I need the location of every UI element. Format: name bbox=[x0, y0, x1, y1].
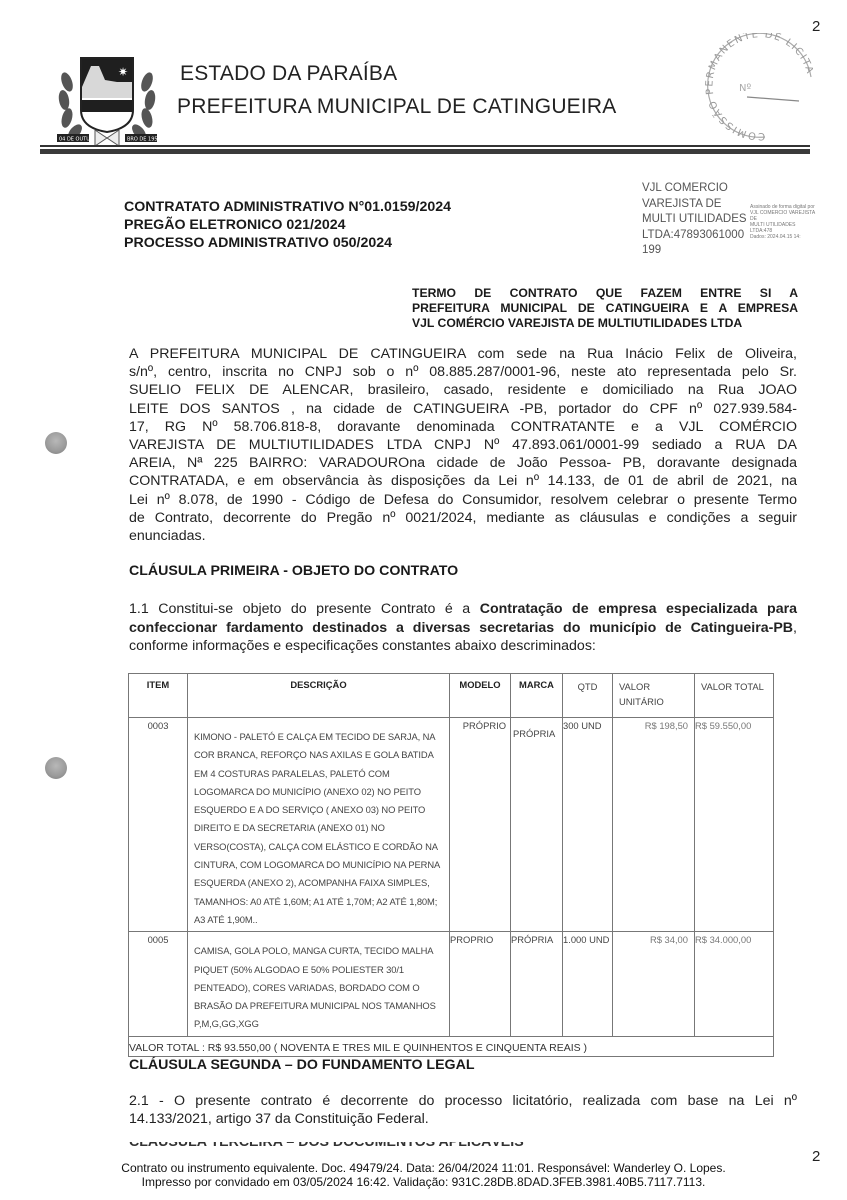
contract-number: CONTRATATO ADMINISTRATIVO N°01.0159/2024 bbox=[124, 198, 451, 216]
pregao-number: PREGÃO ELETRONICO 021/2024 bbox=[124, 216, 451, 234]
header-marca: MARCA bbox=[511, 674, 563, 718]
table-total-row: VALOR TOTAL : R$ 93.550,00 ( NOVENTA E T… bbox=[129, 1036, 774, 1056]
cell-marca: PRÓPRIA bbox=[511, 718, 563, 932]
cell-qtd: 1.000 UND bbox=[563, 932, 613, 1036]
preamble-paragraph: A PREFEITURA MUNICIPAL DE CATINGUEIRA co… bbox=[129, 345, 797, 545]
header-divider-thin bbox=[40, 145, 810, 147]
clause-2-title: CLÁUSULA SEGUNDA – DO FUNDAMENTO LEGAL bbox=[129, 1057, 475, 1073]
digital-signature-meta: Assinado de forma digital por VJL COMERC… bbox=[750, 204, 815, 240]
municipal-crest-logo: ✷ 04 DE OUTU BRO DE 1958 bbox=[55, 52, 159, 148]
header-modelo: MODELO bbox=[450, 674, 511, 718]
letterhead-prefecture: PREFEITURA MUNICIPAL DE CATINGUEIRA bbox=[177, 95, 617, 119]
table-row: 0003 KIMONO - PALETÓ E CALÇA EM TECIDO D… bbox=[129, 718, 774, 932]
header-valor-total: VALOR TOTAL bbox=[695, 674, 774, 718]
svg-text:✷: ✷ bbox=[118, 65, 128, 79]
clause-2-paragraph: 2.1 - O presente contrato é decorrente d… bbox=[129, 1092, 797, 1128]
digital-signature-name: VJL COMERCIO VAREJISTA DE MULTI UTILIDAD… bbox=[642, 181, 752, 259]
cell-marca: PRÓPRIA bbox=[511, 932, 563, 1036]
cell-descricao: KIMONO - PALETÓ E CALÇA EM TECIDO DE SAR… bbox=[188, 718, 450, 932]
cell-modelo: PRÓPRIO bbox=[450, 718, 511, 932]
cell-descricao: CAMISA, GOLA POLO, MANGA CURTA, TECIDO M… bbox=[188, 932, 450, 1036]
cell-qtd: 300 UND bbox=[563, 718, 613, 932]
letterhead-state: ESTADO DA PARAÍBA bbox=[180, 62, 397, 86]
contract-header: CONTRATATO ADMINISTRATIVO N°01.0159/2024… bbox=[124, 198, 451, 252]
cell-item: 0005 bbox=[129, 932, 188, 1036]
header-valor-unitario: VALOR UNITÁRIO bbox=[613, 674, 695, 718]
punch-hole-bottom bbox=[45, 757, 67, 779]
page-number-top: 2 bbox=[812, 18, 820, 35]
svg-text:BRO DE 1958: BRO DE 1958 bbox=[127, 137, 159, 143]
header-item: ITEM bbox=[129, 674, 188, 718]
cell-valor-unitario: R$ 34,00 bbox=[613, 932, 695, 1036]
clause-1-paragraph: 1.1 Constitui-se objeto do presente Cont… bbox=[129, 600, 797, 656]
cell-valor-unitario: R$ 198,50 bbox=[613, 718, 695, 932]
cell-valor-total-geral: VALOR TOTAL : R$ 93.550,00 ( NOVENTA E T… bbox=[129, 1036, 774, 1056]
table-row: 0005 CAMISA, GOLA POLO, MANGA CURTA, TEC… bbox=[129, 932, 774, 1036]
footer-validation-info: Impresso por convidado em 03/05/2024 16:… bbox=[0, 1175, 847, 1189]
items-table: ITEM DESCRIÇÃO MODELO MARCA QTD VALOR UN… bbox=[128, 673, 774, 1057]
clause-3-title-cutoff: CLÁUSULA TERCEIRA – DOS DOCUMENTOS APLIC… bbox=[129, 1142, 569, 1150]
header-divider-thick bbox=[40, 149, 810, 154]
footer-document-info: Contrato ou instrumento equivalente. Doc… bbox=[0, 1161, 847, 1175]
cell-modelo: PROPRIO bbox=[450, 932, 511, 1036]
table-header-row: ITEM DESCRIÇÃO MODELO MARCA QTD VALOR UN… bbox=[129, 674, 774, 718]
commission-stamp: COMISSÃO PERMANENTE DE LICITAÇÃO Nº bbox=[695, 33, 813, 143]
punch-hole-top bbox=[45, 432, 67, 454]
svg-text:04 DE OUTU: 04 DE OUTU bbox=[59, 137, 90, 143]
cell-valor-total: R$ 34.000,00 bbox=[695, 932, 774, 1036]
cell-valor-total: R$ 59.550,00 bbox=[695, 718, 774, 932]
svg-text:COMISSÃO PERMANENTE DE LICITAÇ: COMISSÃO PERMANENTE DE LICITAÇÃO bbox=[695, 33, 813, 141]
processo-number: PROCESSO ADMINISTRATIVO 050/2024 bbox=[124, 234, 451, 252]
header-qtd: QTD bbox=[563, 674, 613, 718]
svg-text:Nº: Nº bbox=[739, 83, 751, 94]
cell-item: 0003 bbox=[129, 718, 188, 932]
clause-1-title: CLÁUSULA PRIMEIRA - OBJETO DO CONTRATO bbox=[129, 563, 458, 579]
contract-term-summary: TERMO DE CONTRATO QUE FAZEM ENTRE SI A P… bbox=[412, 286, 798, 331]
header-descricao: DESCRIÇÃO bbox=[188, 674, 450, 718]
